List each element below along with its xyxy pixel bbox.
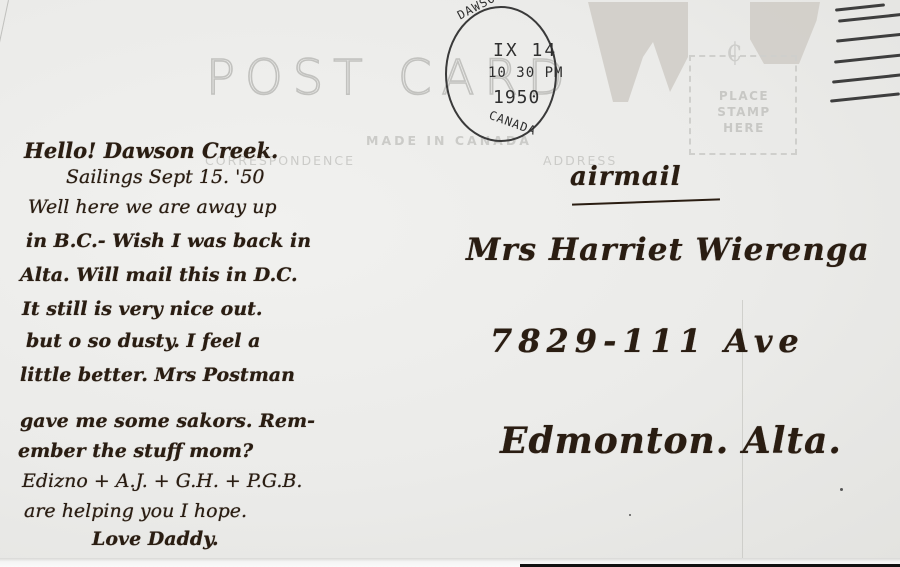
stamp-box-text: PLACE STAMP HERE	[700, 88, 788, 136]
cancellation-line	[836, 32, 900, 42]
message-line: Sailings Sept 15. '50	[66, 166, 265, 188]
message-line: but o so dusty. I feel a	[26, 330, 260, 352]
message-line: Hello! Dawson Creek.	[24, 138, 278, 163]
airmail-underline	[572, 198, 720, 205]
cancellation-line	[838, 12, 900, 22]
ink-speck	[840, 488, 843, 491]
recipient-street: 7829-111 Ave	[490, 322, 805, 360]
stamp-residue	[588, 2, 688, 102]
cancellation-line	[830, 92, 900, 102]
cancellation-line	[832, 73, 900, 83]
message-line: Alta. Will mail this in D.C.	[20, 264, 298, 286]
postcard-title-post: POST	[206, 50, 373, 106]
postmark-year: 1950	[493, 87, 540, 108]
message-line: little better. Mrs Postman	[20, 364, 295, 386]
cancellation-line	[834, 53, 900, 63]
postmark-time: 10 30 PM	[488, 65, 563, 81]
recipient-city: Edmonton. Alta.	[500, 420, 842, 462]
message-line: gave me some sakors. Rem-	[20, 410, 315, 432]
maple-logo-icon: ₵	[726, 38, 743, 68]
cancellation-line	[835, 3, 885, 11]
message-line: in B.C.- Wish I was back in	[26, 230, 311, 252]
postmark-date: IX 14	[493, 40, 557, 61]
scan-edge	[0, 558, 900, 567]
ink-speck	[629, 514, 631, 516]
message-line: It still is very nice out.	[22, 298, 263, 320]
airmail-note: airmail	[570, 162, 682, 192]
recipient-name: Mrs Harriet Wierenga	[466, 232, 870, 268]
message-line: Edizno + A.J. + G.H. + P.G.B.	[22, 470, 302, 492]
message-line: ember the stuff mom?	[18, 440, 253, 462]
postcard-back: POST CARD MADE IN CANADA CORRESPONDENCE …	[0, 0, 900, 560]
message-line: are helping you I hope.	[24, 500, 247, 522]
message-signature: Love Daddy.	[92, 528, 219, 550]
paper-crease	[0, 0, 9, 78]
message-line: Well here we are away up	[28, 196, 277, 218]
